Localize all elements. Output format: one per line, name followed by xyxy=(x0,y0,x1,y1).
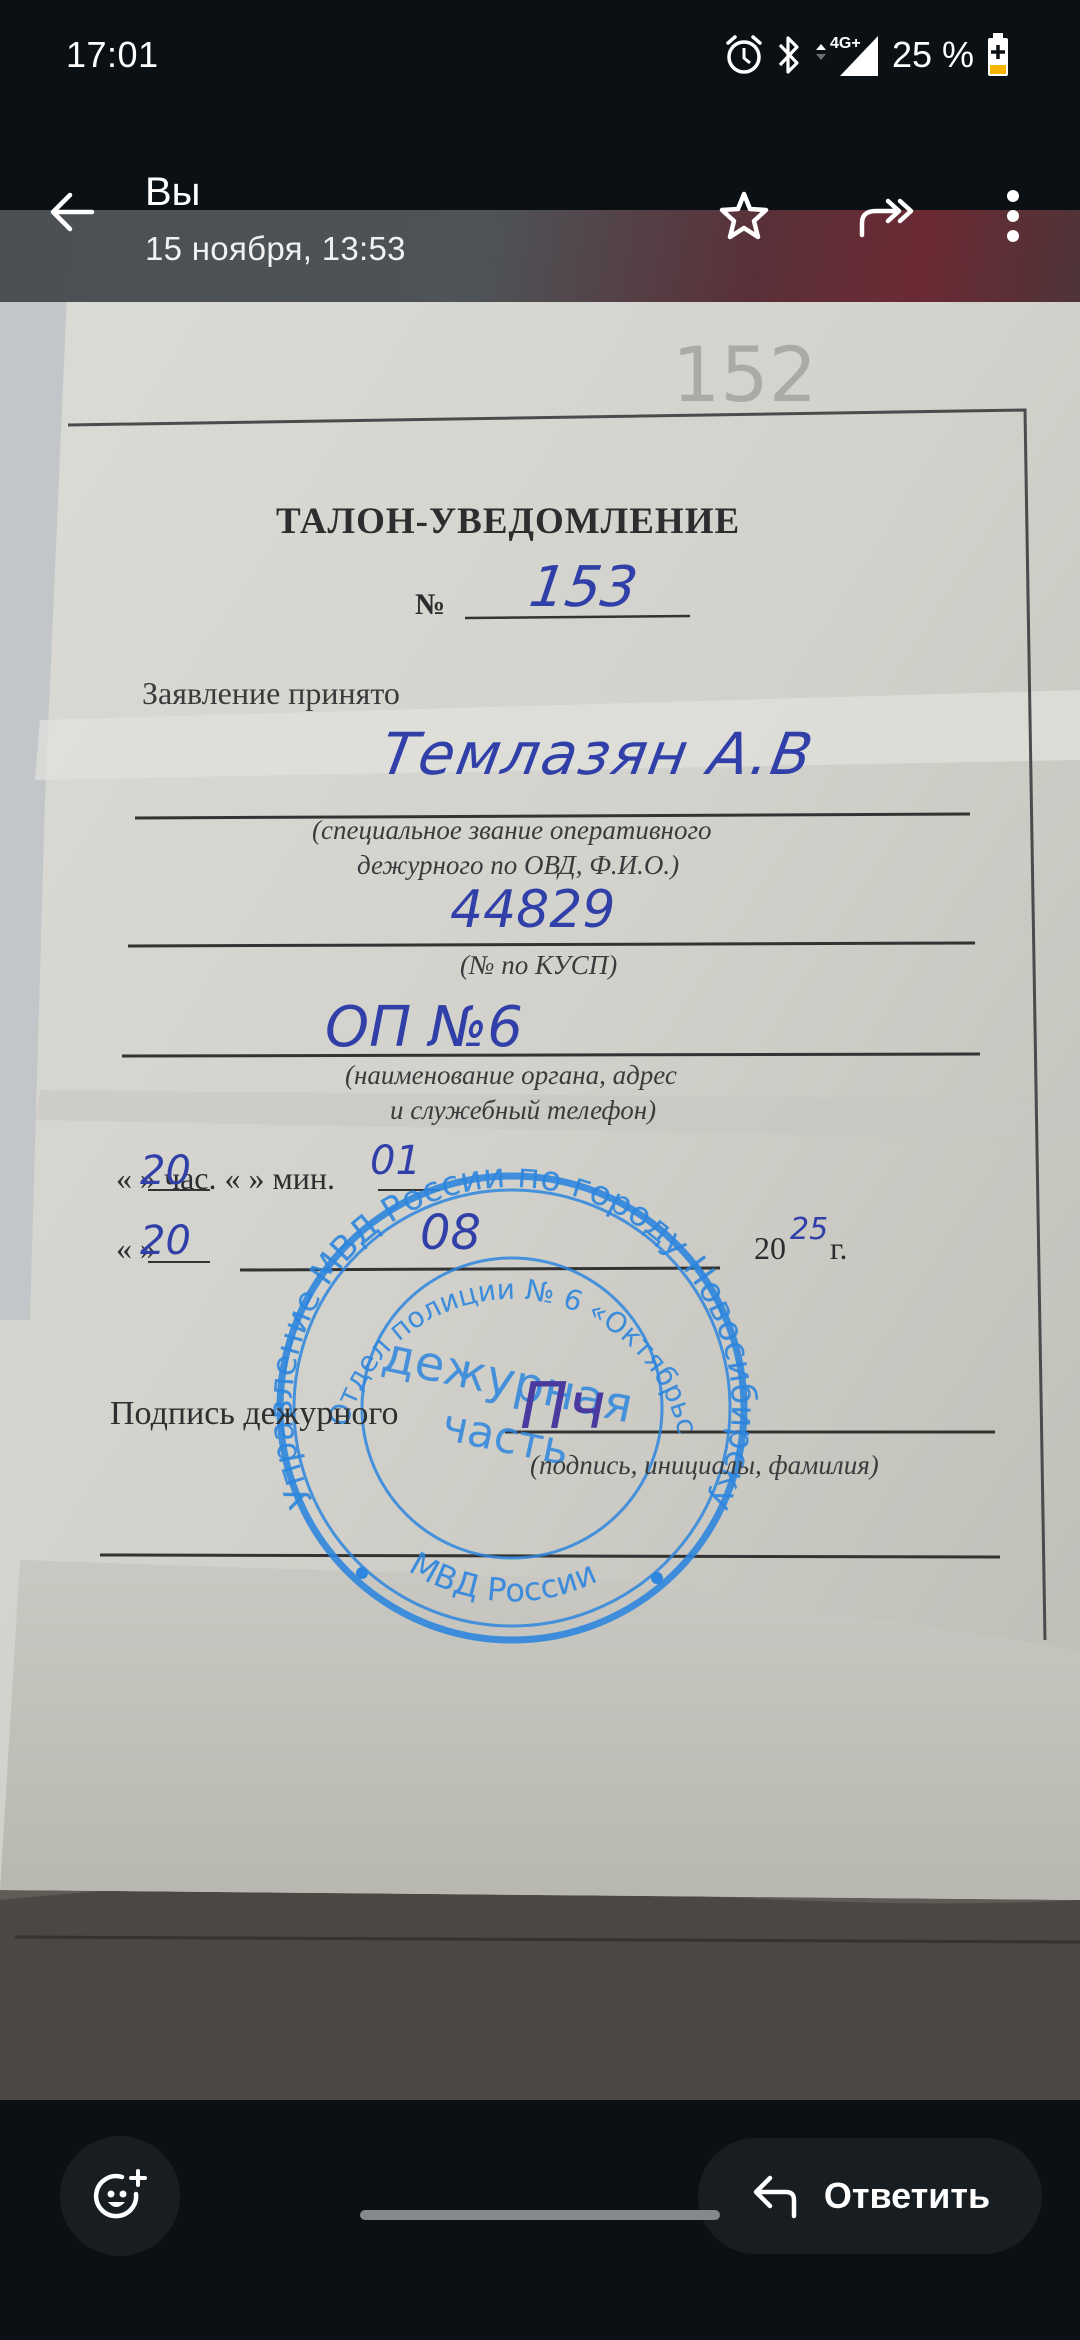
signal-4g-icon: 4G+ xyxy=(814,32,880,78)
month-value: 08 xyxy=(420,1205,481,1261)
sender-title: Вы xyxy=(145,170,200,215)
app-bar: Вы 15 ноября, 13:53 xyxy=(0,112,1080,302)
number-label: № xyxy=(415,588,445,622)
add-reaction-button[interactable] xyxy=(60,2136,180,2256)
message-timestamp: 15 ноября, 13:53 xyxy=(145,230,406,268)
status-time: 17:01 xyxy=(66,34,159,76)
organ-caption-2: и служебный телефон) xyxy=(390,1095,656,1126)
kusp-number: 44829 xyxy=(450,880,615,940)
back-button[interactable] xyxy=(36,176,108,248)
signature-caption: (подпись, инициалы, фамилия) xyxy=(530,1450,879,1481)
officer-name: Темлазян А.В xyxy=(376,720,819,788)
officer-caption-2: дежурного по ОВД, Ф.И.О.) xyxy=(357,850,679,881)
corner-number: 152 xyxy=(672,330,817,419)
signature: Пч xyxy=(520,1370,606,1444)
organ-caption-1: (наименование органа, адрес xyxy=(345,1060,677,1091)
star-outline-icon xyxy=(717,189,771,243)
status-icons: 4G+ 25 % xyxy=(724,30,1010,80)
number-value: 153 xyxy=(525,555,641,620)
bluetooth-icon xyxy=(776,33,802,77)
battery-percent: 25 % xyxy=(892,34,974,76)
svg-text:4G+: 4G+ xyxy=(830,35,861,52)
document-title: ТАЛОН-УВЕДОМЛЕНИЕ xyxy=(276,500,740,543)
accepted-label: Заявление принято xyxy=(142,675,400,712)
reply-icon xyxy=(750,2172,802,2220)
forward-button[interactable] xyxy=(846,176,926,256)
document-content: 152 ТАЛОН-УВЕДОМЛЕНИЕ № 153 Заявление пр… xyxy=(0,200,1080,2100)
forward-icon xyxy=(854,189,918,243)
organ-name: ОП №6 xyxy=(325,995,523,1060)
reply-label: Ответить xyxy=(824,2175,990,2217)
reply-button[interactable]: Ответить xyxy=(698,2138,1042,2254)
image-viewer[interactable]: Управление МВД России по городу Новосиби… xyxy=(0,200,1080,2100)
battery-charging-icon xyxy=(986,32,1010,78)
bottom-action-bar: Ответить xyxy=(0,2130,1080,2340)
minutes-value: 01 xyxy=(370,1138,421,1184)
officer-caption-1: (специальное звание оперативного xyxy=(312,815,711,846)
status-bar: 17:01 4G+ 25 % xyxy=(0,0,1080,112)
hours-value: 20 xyxy=(140,1148,191,1194)
day-value: 20 xyxy=(140,1218,191,1264)
home-indicator[interactable] xyxy=(360,2210,720,2220)
arrow-left-icon xyxy=(46,186,98,238)
signature-label: Подпись дежурного xyxy=(110,1395,399,1433)
alarm-icon xyxy=(724,33,764,77)
add-reaction-icon xyxy=(92,2168,148,2224)
more-options-button[interactable] xyxy=(973,176,1053,256)
year-value: 25 xyxy=(790,1212,828,1247)
year-prefix: 20 xyxy=(754,1230,786,1267)
favorite-button[interactable] xyxy=(704,176,784,256)
kusp-caption: (№ по КУСП) xyxy=(460,950,617,981)
more-vertical-icon xyxy=(1003,186,1023,246)
year-suffix: г. xyxy=(830,1230,848,1267)
